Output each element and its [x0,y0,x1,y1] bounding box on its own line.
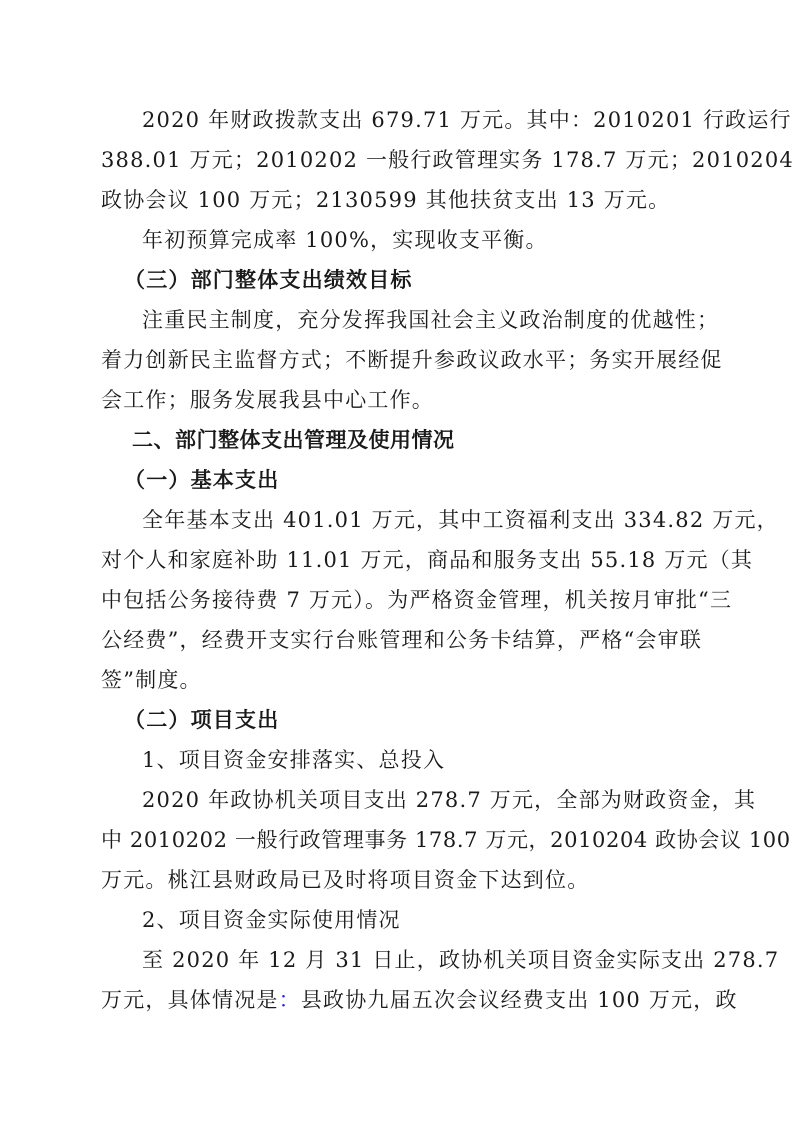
paragraph-line: 注重民主制度，充分发挥我国社会主义政治制度的优越性； [142,300,701,340]
paragraph-line: 388.01 万元；2010202 一般行政管理实务 178.7 万元；2010… [101,140,701,180]
paragraph-line: 2020 年政协机关项目支出 278.7 万元，全部为财政资金，其 [142,780,701,820]
section-heading-2: 二、部门整体支出管理及使用情况 [132,420,732,460]
paragraph-line: 中包括公务接待费 7 万元）。为严格资金管理，机关按月审批“三 [101,580,701,620]
document-page: 2020 年财政拨款支出 679.71 万元。其中：2010201 行政运行 3… [0,0,793,1122]
paragraph-line: 政协会议 100 万元；2130599 其他扶贫支出 13 万元。 [101,180,701,220]
paragraph-line: 2020 年财政拨款支出 679.71 万元。其中：2010201 行政运行 [142,100,701,140]
paragraph-line: 万元，具体情况是：县政协九届五次会议经费支出 100 万元，政 [101,980,701,1020]
section-heading-project-expenditure: （二）项目支出 [124,700,724,740]
paragraph-line: 万元。桃江县财政局已及时将项目资金下达到位。 [101,860,701,900]
paragraph-line: 中 2010202 一般行政管理事务 178.7 万元，2010204 政协会议… [101,820,701,860]
paragraph-line: 会工作；服务发展我县中心工作。 [101,380,701,420]
subsection-heading-funds-usage: 2、项目资金实际使用情况 [142,900,701,940]
paragraph-line: 对个人和家庭补助 11.01 万元，商品和服务支出 55.18 万元（其 [101,540,701,580]
section-heading-basic-expenditure: （一）基本支出 [124,460,724,500]
paragraph-line: 公经费”，经费开支实行台账管理和公务卡结算，严格“会审联 [101,620,701,660]
subsection-heading-funds-arrangement: 1、项目资金安排落实、总投入 [142,740,701,780]
paragraph-line: 签”制度。 [101,660,701,700]
paragraph-line: 全年基本支出 401.01 万元，其中工资福利支出 334.82 万元， [142,500,701,540]
highlighted-colon: ： [279,980,301,1020]
section-heading-performance-goals: （三）部门整体支出绩效目标 [124,260,724,300]
paragraph-line: 年初预算完成率 100%，实现收支平衡。 [142,220,701,260]
text-segment: 万元，具体情况是 [101,980,279,1020]
text-segment: 县政协九届五次会议经费支出 100 万元，政 [301,980,738,1020]
paragraph-line: 着力创新民主监督方式；不断提升参政议政水平；务实开展经促 [101,340,701,380]
paragraph-line: 至 2020 年 12 月 31 日止，政协机关项目资金实际支出 278.7 [142,940,701,980]
